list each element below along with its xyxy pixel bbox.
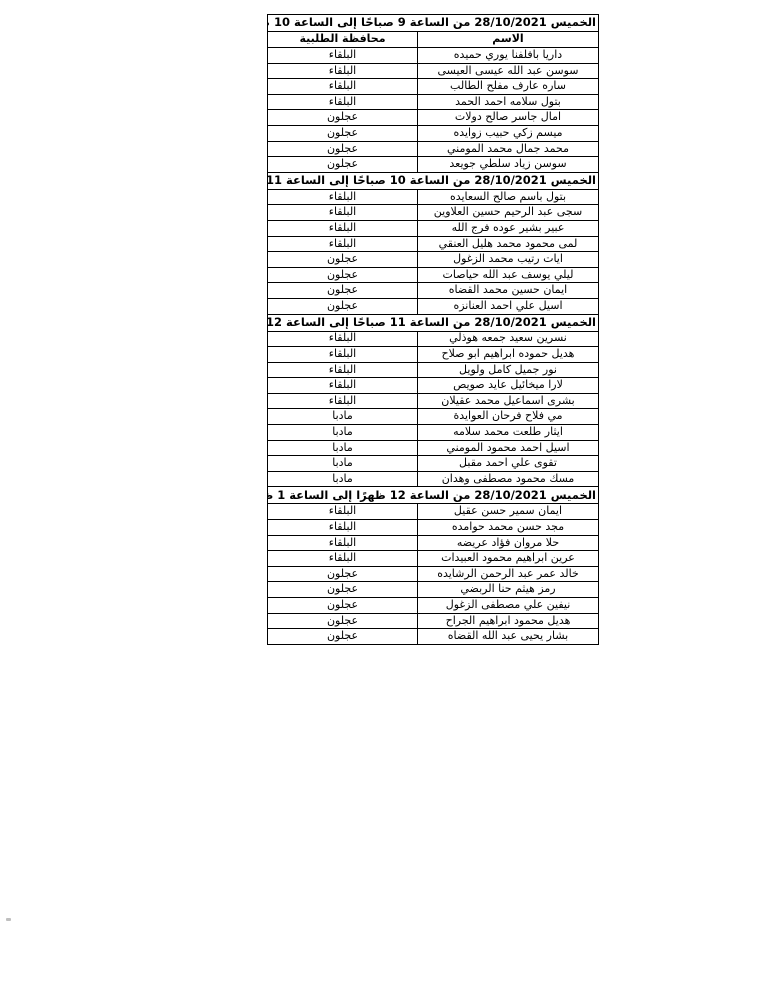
student-name-cell: سوسن زياد سلطي جويعد (418, 157, 599, 173)
time-slot-header: الخميس 28/10/2021 من الساعة 10 صباحًا إل… (268, 172, 599, 189)
student-governorate-cell: البلقاء (268, 205, 418, 221)
time-slot-header-row: الخميس 28/10/2021 من الساعة 9 صباحًا إلى… (268, 15, 599, 32)
student-row: ايمان حسين محمد القضاهعجلون (268, 283, 599, 299)
student-name-cell: مي فلاح فرحان العوايدة (418, 409, 599, 425)
student-row: محمد جمال محمد المومنيعجلون (268, 141, 599, 157)
student-row: ليلي يوسف عبد الله حياصاتعجلون (268, 267, 599, 283)
student-governorate-cell: البلقاء (268, 236, 418, 252)
student-governorate-cell: البلقاء (268, 94, 418, 110)
student-governorate-cell: عجلون (268, 157, 418, 173)
student-row: نيفين علي مصطفى الزغولعجلون (268, 598, 599, 614)
time-slot-header-row: الخميس 28/10/2021 من الساعة 10 صباحًا إل… (268, 172, 599, 189)
student-row: ميسم زكي حبيب زوايدهعجلون (268, 125, 599, 141)
student-governorate-cell: البلقاء (268, 504, 418, 520)
student-name-cell: ايات رتيب محمد الزغول (418, 252, 599, 268)
student-name-cell: سجى عبد الرحيم حسين العلاوين (418, 205, 599, 221)
student-row: اسيل علي احمد العنانزهعجلون (268, 298, 599, 314)
student-row: ساره عارف مفلح الطالبالبلقاء (268, 79, 599, 95)
student-governorate-cell: عجلون (268, 566, 418, 582)
time-slot-header-row: الخميس 28/10/2021 من الساعة 12 ظهرًا إلى… (268, 487, 599, 504)
student-governorate-cell: مادبا (268, 456, 418, 472)
time-slot-header: الخميس 28/10/2021 من الساعة 9 صباحًا إلى… (268, 15, 599, 32)
student-governorate-cell: عجلون (268, 283, 418, 299)
student-governorate-cell: مادبا (268, 471, 418, 487)
student-name-cell: ايمان حسين محمد القضاه (418, 283, 599, 299)
student-name-cell: تقوى علي احمد مقبل (418, 456, 599, 472)
student-governorate-cell: البلقاء (268, 189, 418, 205)
student-name-cell: داريا بافلفنا يوري حميده (418, 48, 599, 64)
student-governorate-cell: البلقاء (268, 393, 418, 409)
student-name-cell: عرين ابراهيم محمود العبيدات (418, 551, 599, 567)
student-row: بتول سلامه احمد الحمدالبلقاء (268, 94, 599, 110)
student-name-cell: لارا ميخائيل عايد صويص (418, 378, 599, 394)
student-name-cell: نسرين سعيد جمعه هوذلي (418, 331, 599, 347)
student-governorate-cell: عجلون (268, 629, 418, 645)
student-governorate-cell: البلقاء (268, 535, 418, 551)
student-name-cell: لمى محمود محمد هليل العنقي (418, 236, 599, 252)
student-row: سوسن عبد الله عيسى العيسىالبلقاء (268, 63, 599, 79)
student-governorate-cell: مادبا (268, 440, 418, 456)
student-row: ايثار طلعت محمد سلامهمادبا (268, 425, 599, 441)
student-governorate-cell: عجلون (268, 582, 418, 598)
student-row: لمى محمود محمد هليل العنقيالبلقاء (268, 236, 599, 252)
column-header-governorate: محافظة الطلبية (268, 32, 418, 48)
student-row: هديل محمود ابراهيم الجراحعجلون (268, 613, 599, 629)
student-name-cell: ميسم زكي حبيب زوايده (418, 125, 599, 141)
student-row: نسرين سعيد جمعه هوذليالبلقاء (268, 331, 599, 347)
student-governorate-cell: البلقاء (268, 551, 418, 567)
time-slot-header-row: الخميس 28/10/2021 من الساعة 11 صباحًا إل… (268, 314, 599, 331)
student-name-cell: ايمان سمير حسن عقيل (418, 504, 599, 520)
student-governorate-cell: البلقاء (268, 63, 418, 79)
student-governorate-cell: البلقاء (268, 48, 418, 64)
student-row: مجد حسن محمد حوامدهالبلقاء (268, 520, 599, 536)
student-name-cell: بتول باسم صالح السعايده (418, 189, 599, 205)
student-row: سوسن زياد سلطي جويعدعجلون (268, 157, 599, 173)
student-name-cell: اسيل علي احمد العنانزه (418, 298, 599, 314)
student-row: سجى عبد الرحيم حسين العلاوينالبلقاء (268, 205, 599, 221)
student-name-cell: اسيل احمد محمود المومني (418, 440, 599, 456)
student-governorate-cell: البلقاء (268, 331, 418, 347)
student-row: امال جاسر صالح دولاتعجلون (268, 110, 599, 126)
student-governorate-cell: البلقاء (268, 362, 418, 378)
student-governorate-cell: عجلون (268, 110, 418, 126)
student-row: رمز هيثم حنا الربضيعجلون (268, 582, 599, 598)
time-slot-header: الخميس 28/10/2021 من الساعة 11 صباحًا إل… (268, 314, 599, 331)
exam-schedule-table-container: الخميس 28/10/2021 من الساعة 9 صباحًا إلى… (267, 14, 599, 645)
student-governorate-cell: مادبا (268, 409, 418, 425)
student-row: تقوى علي احمد مقبلمادبا (268, 456, 599, 472)
student-governorate-cell: عجلون (268, 252, 418, 268)
student-row: ايمان سمير حسن عقيلالبلقاء (268, 504, 599, 520)
student-name-cell: مجد حسن محمد حوامده (418, 520, 599, 536)
student-row: ايات رتيب محمد الزغولعجلون (268, 252, 599, 268)
student-row: عبير بشير عوده فرج اللهالبلقاء (268, 220, 599, 236)
time-slot-header: الخميس 28/10/2021 من الساعة 12 ظهرًا إلى… (268, 487, 599, 504)
student-name-cell: خالد عمر عبد الرحمن الرشايده (418, 566, 599, 582)
student-row: نور جميل كامل ولويلالبلقاء (268, 362, 599, 378)
student-name-cell: محمد جمال محمد المومني (418, 141, 599, 157)
student-name-cell: امال جاسر صالح دولات (418, 110, 599, 126)
student-name-cell: ساره عارف مفلح الطالب (418, 79, 599, 95)
student-governorate-cell: عجلون (268, 141, 418, 157)
student-governorate-cell: عجلون (268, 267, 418, 283)
column-header-name: الاسم (418, 32, 599, 48)
student-name-cell: بشرى اسماعيل محمد عقيلان (418, 393, 599, 409)
student-name-cell: سوسن عبد الله عيسى العيسى (418, 63, 599, 79)
column-header-row: الاسممحافظة الطلبية (268, 32, 599, 48)
student-row: حلا مروان فؤاد عريضهالبلقاء (268, 535, 599, 551)
student-governorate-cell: البلقاء (268, 220, 418, 236)
student-row: بتول باسم صالح السعايدهالبلقاء (268, 189, 599, 205)
student-name-cell: نور جميل كامل ولويل (418, 362, 599, 378)
student-row: بشار يحيى عبد الله القضاهعجلون (268, 629, 599, 645)
exam-schedule-table: الخميس 28/10/2021 من الساعة 9 صباحًا إلى… (267, 14, 599, 645)
student-name-cell: بشار يحيى عبد الله القضاه (418, 629, 599, 645)
student-name-cell: عبير بشير عوده فرج الله (418, 220, 599, 236)
student-governorate-cell: مادبا (268, 425, 418, 441)
student-row: خالد عمر عبد الرحمن الرشايدهعجلون (268, 566, 599, 582)
student-governorate-cell: عجلون (268, 298, 418, 314)
student-governorate-cell: البلقاء (268, 520, 418, 536)
scan-speck (6, 918, 11, 921)
student-row: مي فلاح فرحان العوايدةمادبا (268, 409, 599, 425)
student-governorate-cell: عجلون (268, 598, 418, 614)
student-name-cell: نيفين علي مصطفى الزغول (418, 598, 599, 614)
student-row: بشرى اسماعيل محمد عقيلانالبلقاء (268, 393, 599, 409)
student-name-cell: رمز هيثم حنا الربضي (418, 582, 599, 598)
student-name-cell: ايثار طلعت محمد سلامه (418, 425, 599, 441)
student-governorate-cell: عجلون (268, 613, 418, 629)
student-name-cell: هديل محمود ابراهيم الجراح (418, 613, 599, 629)
student-name-cell: هديل حموده ابراهيم ابو صلاح (418, 347, 599, 363)
student-name-cell: حلا مروان فؤاد عريضه (418, 535, 599, 551)
student-row: هديل حموده ابراهيم ابو صلاحالبلقاء (268, 347, 599, 363)
student-row: داريا بافلفنا يوري حميدهالبلقاء (268, 48, 599, 64)
student-governorate-cell: البلقاء (268, 378, 418, 394)
student-row: لارا ميخائيل عايد صويصالبلقاء (268, 378, 599, 394)
student-governorate-cell: البلقاء (268, 79, 418, 95)
student-row: اسيل احمد محمود المومنيمادبا (268, 440, 599, 456)
student-governorate-cell: عجلون (268, 125, 418, 141)
student-name-cell: مسك محمود مصطفى وهدان (418, 471, 599, 487)
student-name-cell: بتول سلامه احمد الحمد (418, 94, 599, 110)
student-row: عرين ابراهيم محمود العبيداتالبلقاء (268, 551, 599, 567)
student-row: مسك محمود مصطفى وهدانمادبا (268, 471, 599, 487)
student-governorate-cell: البلقاء (268, 347, 418, 363)
student-name-cell: ليلي يوسف عبد الله حياصات (418, 267, 599, 283)
